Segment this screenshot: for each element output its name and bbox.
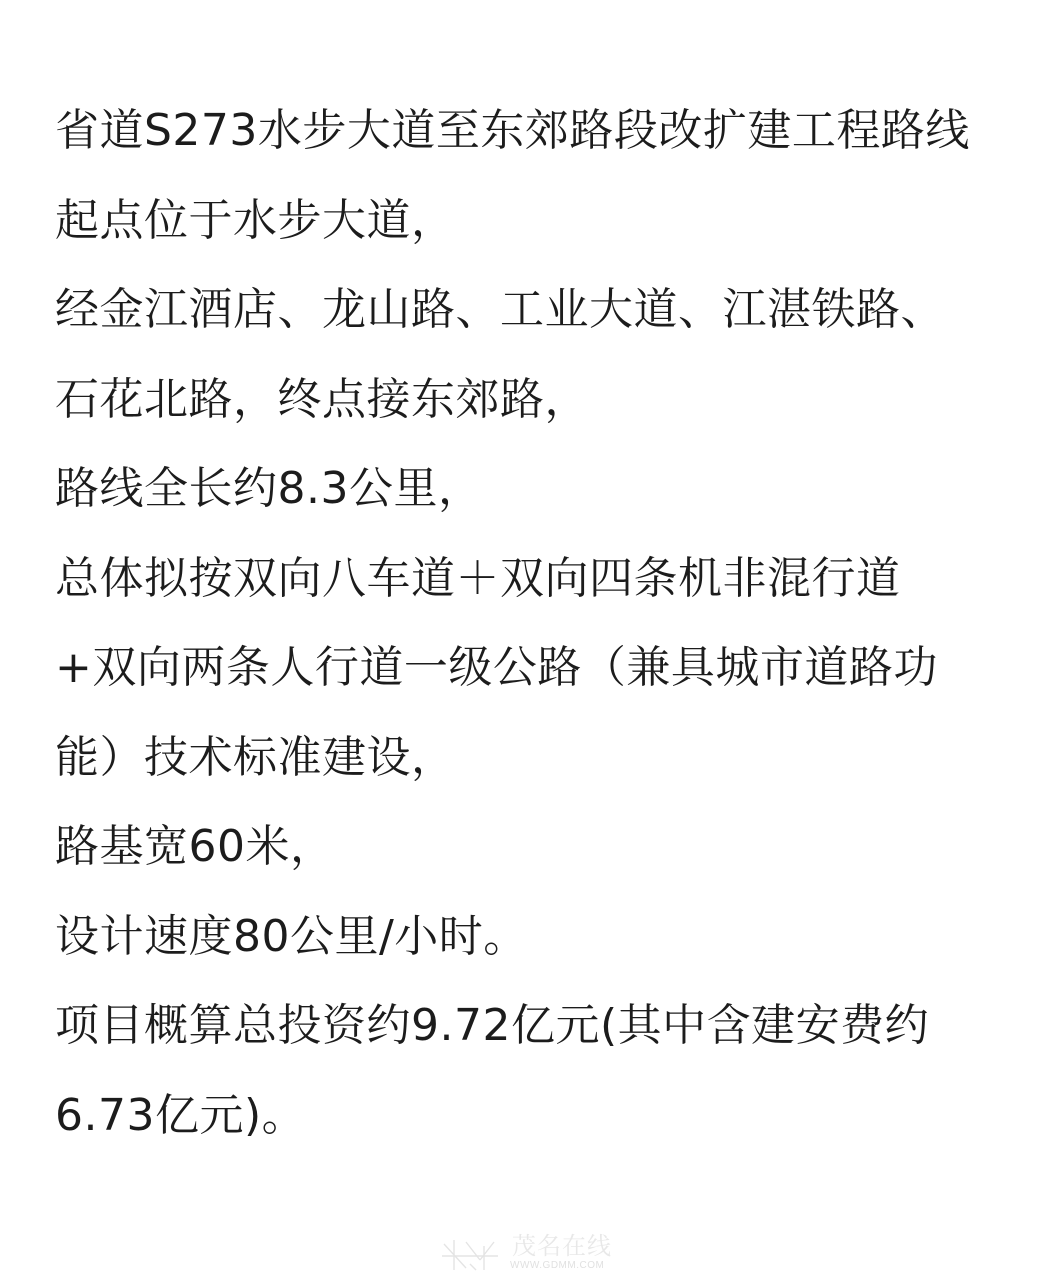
article-line: 总体拟按双向八车道＋双向四条机非混行道 [55, 534, 1035, 624]
article-line: 路基宽60米， [55, 802, 1035, 892]
article-line: 路线全长约8.3公里， [55, 444, 1035, 534]
article-line: 起点位于水步大道， [55, 176, 1035, 266]
article-line: 经金江酒店、龙山路、工业大道、江湛铁路、 [55, 265, 1035, 355]
site-logo-icon [440, 1234, 500, 1272]
article-line: 6.73亿元)。 [55, 1071, 1035, 1161]
article-line: 设计速度80公里/小时。 [55, 892, 1035, 982]
article-body: 省道S273水步大道至东郊路段改扩建工程路线 起点位于水步大道， 经金江酒店、龙… [55, 86, 1035, 1160]
article-line: 石花北路，终点接东郊路， [55, 355, 1035, 445]
article-line: 项目概算总投资约9.72亿元(其中含建安费约 [55, 981, 1035, 1071]
watermark-site-name: 茂名在线 [512, 1232, 612, 1260]
article-line: 能）技术标准建设， [55, 713, 1035, 803]
article-line: +双向两条人行道一级公路（兼具城市道路功 [55, 623, 1035, 713]
article-line: 省道S273水步大道至东郊路段改扩建工程路线 [55, 86, 1035, 176]
site-watermark: 茂名在线 WWW.GDMM.COM [440, 1232, 640, 1276]
watermark-site-url: WWW.GDMM.COM [510, 1260, 604, 1272]
